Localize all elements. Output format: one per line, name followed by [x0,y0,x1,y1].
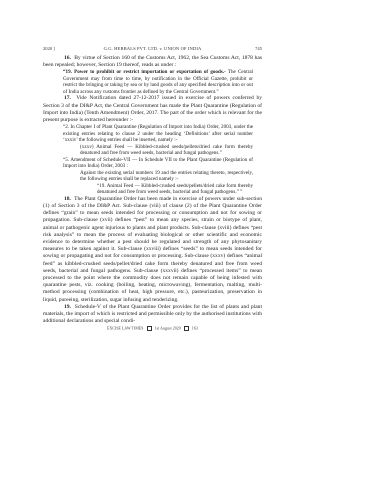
quote-definition-text: (xxxv) Animal Feed — Kibbled-crushed see… [80,144,253,157]
header-page-number: 745 [232,46,262,51]
header-case-title: G.G. HERBALS PVT. LTD. v. UNION OF INDIA [73,46,232,51]
paragraph-19: 19. Schedule-V of the Plant Quarantine O… [43,304,262,326]
paragraph-17: 17. Vide Notification dated 27-12-2017 i… [43,95,262,124]
paragraph-text: Schedule-V of the Plant Quarantine Order… [43,304,262,324]
paragraph-16: 16. By virtue of Section 160 of the Cust… [43,55,262,69]
quote-clause-5-sub-text: Against the existing serial numbers 19 a… [80,170,253,183]
quote-clause-2: “2. In Chapter I of Plant Quarantine (Re… [63,124,253,144]
paragraph-number: 18. [64,196,71,202]
square-bullet-icon [184,326,189,331]
paragraph-text: Vide Notification dated 27-12-2017 issue… [43,95,262,123]
paragraph-number: 16. [64,55,71,61]
quoted-clause-5-sub: Against the existing serial numbers 19 a… [80,170,253,183]
quote-heading: “19. Power to prohibit or restrict impor… [63,69,226,75]
footer-date: 1st August 2020 [155,327,181,331]
paragraph-number: 19. [64,304,71,310]
quoted-amendment: “2. In Chapter I of Plant Quarantine (Re… [63,124,253,144]
quote-entry-19-text: “19. Animal Feed — Kibbled-crushed seeds… [97,183,253,196]
quoted-section-19: “19. Power to prohibit or restrict impor… [63,69,253,95]
paragraph-text: By virtue of Section 160 of the Customs … [43,55,262,68]
paragraph-18: 18. The Plant Quarantine Order has been … [43,196,262,304]
quoted-clause-5: “5. Amendment of Schedule-VII — In Sched… [63,157,253,170]
paragraph-number: 17. [64,95,71,101]
square-bullet-icon [147,326,152,331]
quoted-definition: (xxxv) Animal Feed — Kibbled-crushed see… [80,144,253,157]
running-header: 2020 ] G.G. HERBALS PVT. LTD. v. UNION O… [43,46,262,51]
quoted-entry-19: “19. Animal Feed — Kibbled-crushed seeds… [97,183,253,196]
footer-publication: EXCISE LAW TIMES [107,327,143,331]
running-footer: EXCISE LAW TIMES 1st August 2020 163 [43,326,262,331]
header-year: 2020 ] [43,46,73,51]
footer-page: 163 [192,327,198,331]
document-page: 2020 ] G.G. HERBALS PVT. LTD. v. UNION O… [43,46,262,331]
quote-clause-5-text: “5. Amendment of Schedule-VII — In Sched… [63,157,253,170]
paragraph-text: The Plant Quarantine Order has been made… [43,196,262,303]
